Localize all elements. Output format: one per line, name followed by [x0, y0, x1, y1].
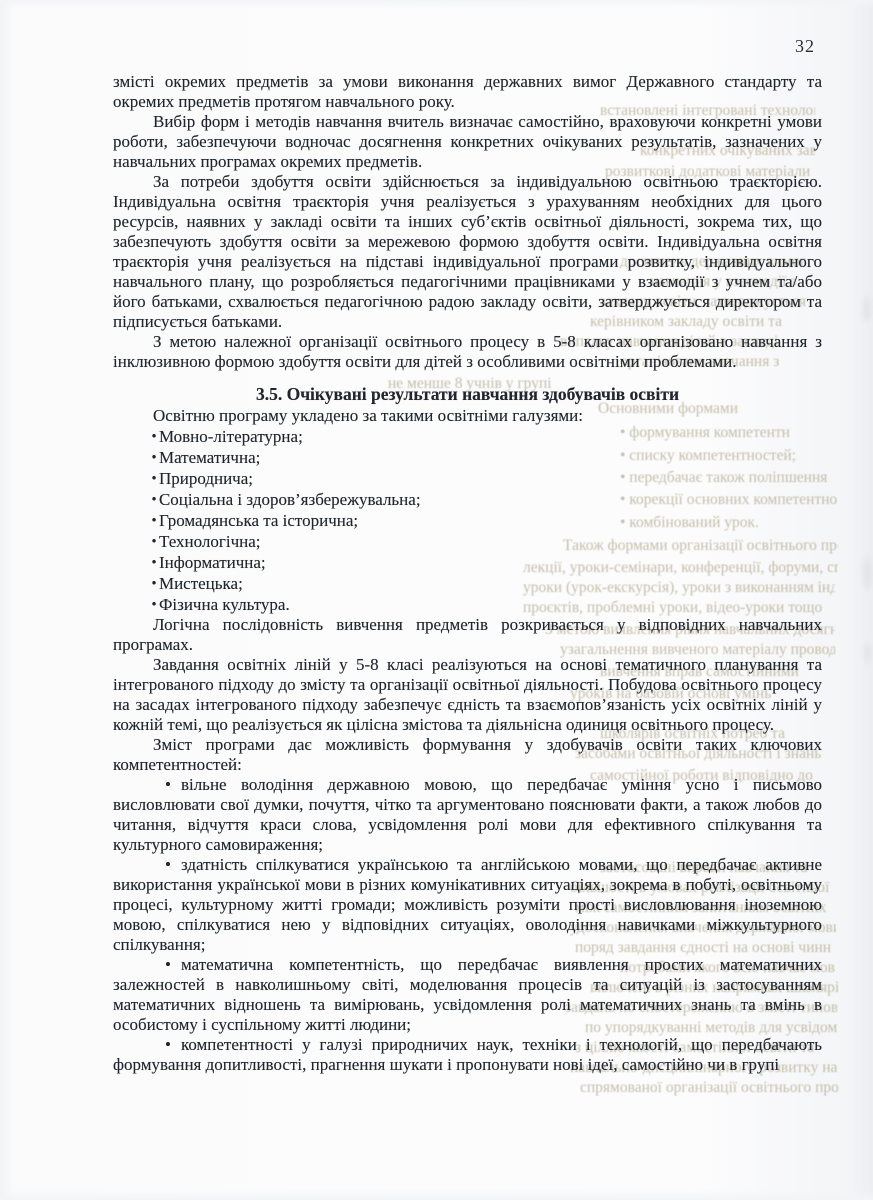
bullet-icon: •	[151, 491, 156, 509]
competency-text: математична компетентність, що передбача…	[113, 955, 822, 1034]
bullet-icon: •	[165, 855, 171, 874]
bullet-icon: •	[165, 1035, 171, 1054]
list-item-label: Технологічна;	[159, 532, 261, 551]
paragraph-choice-of-forms: Вибір форм і методів навчання вчитель ви…	[113, 112, 822, 172]
scan-smudge	[864, 642, 871, 664]
section-heading: 3.5. Очікувані результати навчання здобу…	[113, 384, 822, 404]
bullet-icon: •	[151, 533, 156, 551]
bullet-icon: •	[151, 512, 156, 530]
text-column: змісті окремих предметів за умови викона…	[113, 72, 822, 1075]
list-item: •Громадянська та історична;	[151, 510, 822, 531]
competency-item: •математична компетентність, що передбач…	[113, 955, 822, 1035]
bleedthrough-line: спрямованої організації освітнього проце…	[580, 1078, 838, 1097]
page-number: 32	[795, 36, 815, 57]
scan-edge-left	[0, 0, 14, 1200]
list-item: •Технологічна;	[151, 531, 822, 552]
scanned-page: встановлені інтегровані технологіїконкре…	[0, 0, 873, 1200]
list-item-label: Громадянська та історична;	[159, 511, 358, 530]
paragraph-individual-trajectory: За потреби здобуття освіти здійснюється …	[113, 172, 822, 332]
list-item: •Фізична культура.	[151, 594, 822, 615]
competency-item: •вільне володіння державною мовою, що пе…	[113, 775, 822, 855]
competency-item: •компетентності у галузі природничих нау…	[113, 1035, 822, 1075]
list-item-label: Фізична культура.	[159, 595, 290, 614]
list-item-label: Соціальна і здоров’язбережувальна;	[159, 490, 421, 509]
scan-smudge	[863, 556, 872, 590]
paragraph-logical-sequence: Логічна послідовність вивчення предметів…	[113, 615, 822, 655]
list-item: •Мистецька;	[151, 573, 822, 594]
paragraph-competencies-intro: Зміст програми дає можливість формування…	[113, 735, 822, 775]
list-intro: Освітню програму укладено за такими осві…	[113, 406, 822, 426]
competency-text: вільне володіння державною мовою, що пер…	[113, 775, 822, 854]
bullet-icon: •	[165, 775, 171, 794]
bullet-icon: •	[165, 955, 171, 974]
scan-smudge	[863, 296, 871, 322]
competency-text: здатність спілкуватися українською та ан…	[113, 855, 822, 954]
scan-edge-bottom	[0, 1190, 873, 1200]
list-item-label: Природнича;	[159, 469, 253, 488]
list-item: •Математична;	[151, 447, 822, 468]
education-areas-list: •Мовно-літературна; •Математична; •Приро…	[113, 426, 822, 615]
competency-item: •здатність спілкуватися українською та а…	[113, 855, 822, 955]
bullet-icon: •	[151, 470, 156, 488]
list-item: •Природнича;	[151, 468, 822, 489]
bullet-icon: •	[151, 428, 156, 446]
paragraph-inclusive-education: З метою належної організації освітнього …	[113, 332, 822, 372]
competency-text: компетентності у галузі природничих наук…	[113, 1035, 822, 1074]
bullet-icon: •	[151, 449, 156, 467]
bullet-icon: •	[151, 554, 156, 572]
list-item-label: Інформатична;	[159, 553, 266, 572]
bullet-icon: •	[151, 596, 156, 614]
list-item: •Мовно-літературна;	[151, 426, 822, 447]
list-item: •Інформатична;	[151, 552, 822, 573]
list-item: •Соціальна і здоров’язбережувальна;	[151, 489, 822, 510]
list-item-label: Математична;	[159, 448, 260, 467]
paragraph-continuation: змісті окремих предметів за умови викона…	[113, 72, 822, 112]
list-item-label: Мистецька;	[159, 574, 243, 593]
bullet-icon: •	[151, 575, 156, 593]
list-item-label: Мовно-літературна;	[159, 427, 303, 446]
paragraph-integrated-approach: Завдання освітніх ліній у 5-8 класі реал…	[113, 655, 822, 735]
scan-edge-top	[0, 0, 873, 8]
